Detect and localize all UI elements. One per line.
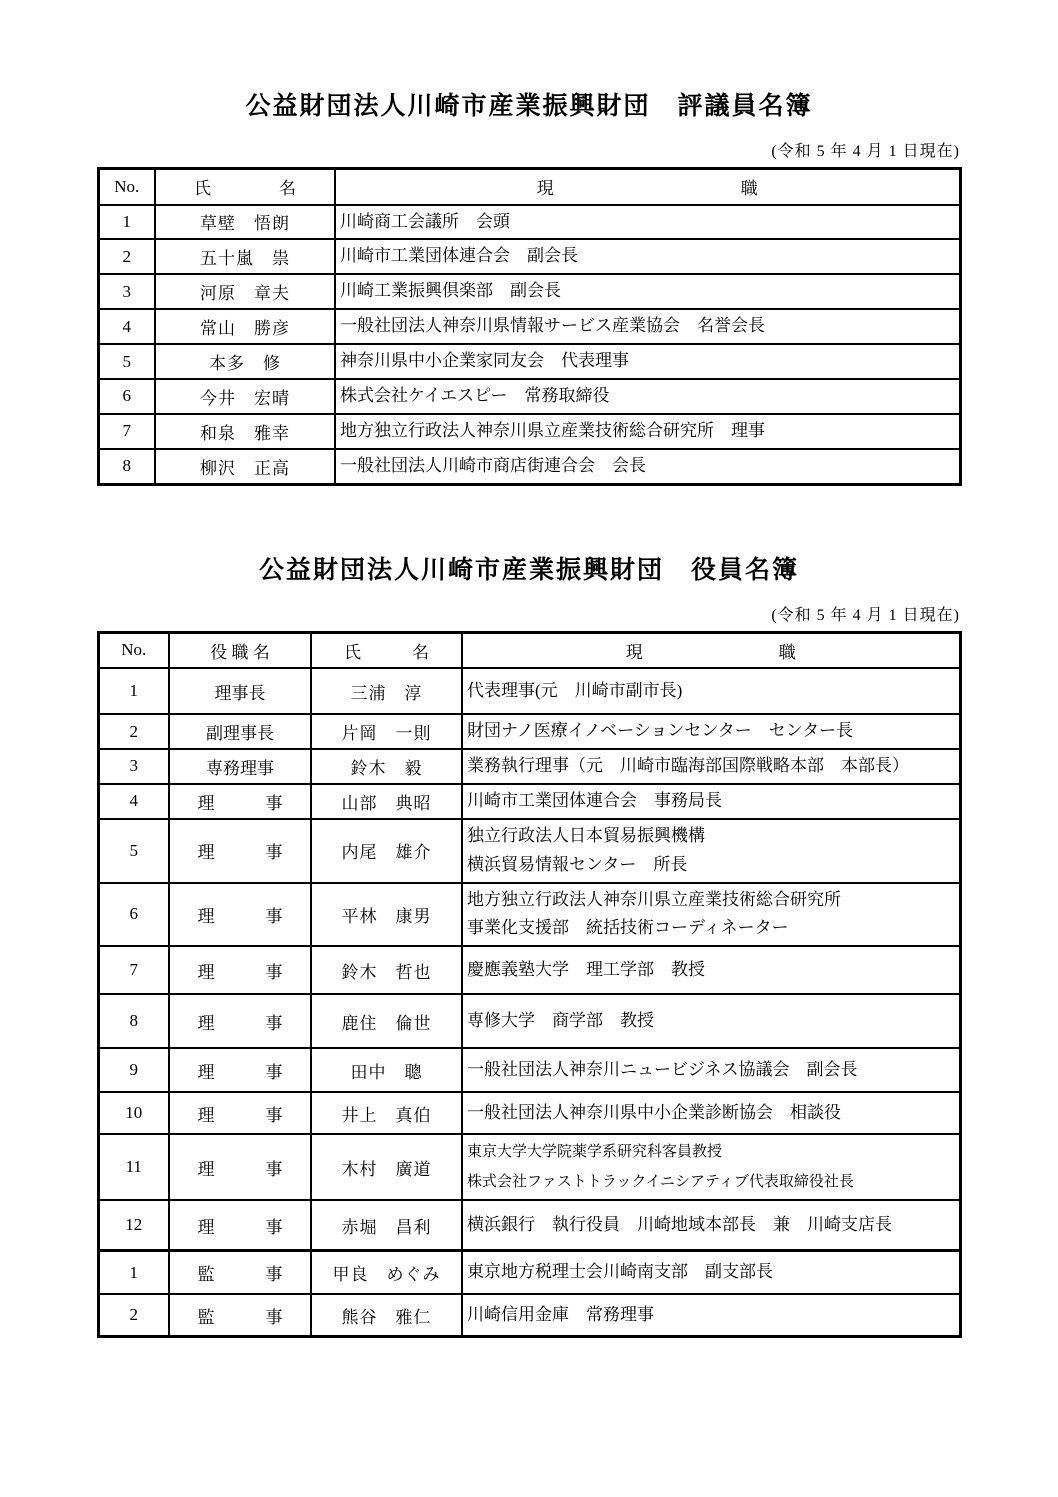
position-cell: 川崎市工業団体連合会 事務局長: [462, 784, 960, 819]
no-cell: 8: [98, 449, 155, 484]
role-cell: 監 事: [169, 1294, 311, 1336]
table-row: 1 理事長 三浦 淳 代表理事(元 川崎市副市長): [98, 668, 960, 714]
officer-roster-date: (令和 5 年 4 月 1 日現在): [98, 602, 960, 625]
role-cell: 副理事長: [169, 714, 311, 749]
no-cell: 12: [98, 1200, 169, 1250]
no-cell: 3: [98, 749, 169, 784]
table-row: 8 理 事 鹿住 倫世 専修大学 商学部 教授: [98, 994, 960, 1048]
position-cell: 専修大学 商学部 教授: [462, 994, 960, 1048]
table-row: 2 監 事 熊谷 雅仁 川崎信用金庫 常務理事: [98, 1294, 960, 1336]
position-cell: 東京地方税理士会川崎南支部 副支部長: [462, 1250, 960, 1294]
table-row: 3 河原 章夫 川崎工業振興倶楽部 副会長: [98, 274, 960, 309]
position-cell: 神奈川県中小企業家同友会 代表理事: [335, 344, 960, 379]
position-cell: 財団ナノ医療イノベーションセンター センター長: [462, 714, 960, 749]
table-header-row: No. 氏 名 現 職: [98, 169, 960, 205]
role-header-cell: 役 職 名: [169, 632, 311, 668]
table-row: 10 理 事 井上 真伯 一般社団法人神奈川県中小企業診断協会 相談役: [98, 1092, 960, 1134]
no-cell: 6: [98, 379, 155, 414]
position-cell: 一般社団法人神奈川県中小企業診断協会 相談役: [462, 1092, 960, 1134]
councilor-roster-table: No. 氏 名 現 職 1 草壁 悟朗 川崎商工会議所 会頭 2 五十嵐 祟 川…: [97, 167, 962, 486]
table-row: 2 副理事長 片岡 一則 財団ナノ医療イノベーションセンター センター長: [98, 714, 960, 749]
name-cell: 草壁 悟朗: [155, 205, 335, 240]
name-cell: 赤堀 昌利: [311, 1200, 462, 1250]
name-cell: 柳沢 正高: [155, 449, 335, 484]
name-cell: 五十嵐 祟: [155, 239, 335, 274]
no-cell: 2: [98, 1294, 169, 1336]
position-cell: 一般社団法人川崎市商店街連合会 会長: [335, 449, 960, 484]
no-cell: 8: [98, 994, 169, 1048]
name-header-cell: 氏 名: [311, 632, 462, 668]
no-cell: 2: [98, 239, 155, 274]
no-cell: 2: [98, 714, 169, 749]
role-cell: 理 事: [169, 883, 311, 947]
table-row: 7 理 事 鈴木 哲也 慶應義塾大学 理工学部 教授: [98, 946, 960, 994]
role-cell: 理 事: [169, 1092, 311, 1134]
document-page: 公益財団法人川崎市産業振興財団 評議員名簿 (令和 5 年 4 月 1 日現在)…: [0, 0, 1058, 1497]
table-row: 6 今井 宏晴 株式会社ケイエスピー 常務取締役: [98, 379, 960, 414]
role-cell: 理 事: [169, 1134, 311, 1200]
officer-roster-table: No. 役 職 名 氏 名 現 職 1 理事長 三浦 淳 代表理事(元 川崎市副…: [97, 631, 962, 1338]
position-cell: 地方独立行政法人神奈川県立産業技術総合研究所 理事: [335, 414, 960, 449]
table-row: 1 監 事 甲良 めぐみ 東京地方税理士会川崎南支部 副支部長: [98, 1250, 960, 1294]
table-row: 2 五十嵐 祟 川崎市工業団体連合会 副会長: [98, 239, 960, 274]
position-cell: 業務執行理事（元 川崎市臨海部国際戦略本部 本部長）: [462, 749, 960, 784]
no-cell: 4: [98, 784, 169, 819]
no-cell: 11: [98, 1134, 169, 1200]
position-cell: 慶應義塾大学 理工学部 教授: [462, 946, 960, 994]
role-cell: 監 事: [169, 1250, 311, 1294]
name-cell: 今井 宏晴: [155, 379, 335, 414]
name-cell: 熊谷 雅仁: [311, 1294, 462, 1336]
no-cell: 3: [98, 274, 155, 309]
name-cell: 甲良 めぐみ: [311, 1250, 462, 1294]
councilor-roster-date: (令和 5 年 4 月 1 日現在): [98, 138, 960, 161]
position-cell: 川崎信用金庫 常務理事: [462, 1294, 960, 1336]
table-row: 1 草壁 悟朗 川崎商工会議所 会頭: [98, 205, 960, 240]
position-cell: 横浜銀行 執行役員 川崎地域本部長 兼 川崎支店長: [462, 1200, 960, 1250]
table-row: 4 常山 勝彦 一般社団法人神奈川県情報サービス産業協会 名誉会長: [98, 309, 960, 344]
table-row: 8 柳沢 正高 一般社団法人川崎市商店街連合会 会長: [98, 449, 960, 484]
table-row: 12 理 事 赤堀 昌利 横浜銀行 執行役員 川崎地域本部長 兼 川崎支店長: [98, 1200, 960, 1250]
no-header-cell: No.: [98, 169, 155, 205]
position-cell: 川崎商工会議所 会頭: [335, 205, 960, 240]
no-cell: 1: [98, 668, 169, 714]
name-cell: 木村 廣道: [311, 1134, 462, 1200]
name-cell: 鹿住 倫世: [311, 994, 462, 1048]
table-row: 7 和泉 雅幸 地方独立行政法人神奈川県立産業技術総合研究所 理事: [98, 414, 960, 449]
role-cell: 理事長: [169, 668, 311, 714]
name-cell: 山部 典昭: [311, 784, 462, 819]
name-cell: 本多 修: [155, 344, 335, 379]
role-cell: 専務理事: [169, 749, 311, 784]
table-row: 6 理 事 平林 康男 地方独立行政法人神奈川県立産業技術総合研究所 事業化支援…: [98, 883, 960, 947]
no-cell: 6: [98, 883, 169, 947]
name-cell: 内尾 雄介: [311, 819, 462, 883]
table-row: 5 理 事 内尾 雄介 独立行政法人日本貿易振興機構 横浜貿易情報センター 所長: [98, 819, 960, 883]
position-cell: 一般社団法人神奈川ニュービジネス協議会 副会長: [462, 1048, 960, 1092]
no-cell: 1: [98, 205, 155, 240]
table-row: 4 理 事 山部 典昭 川崎市工業団体連合会 事務局長: [98, 784, 960, 819]
table-row: 11 理 事 木村 廣道 東京大学大学院薬学系研究科客員教授 株式会社ファストト…: [98, 1134, 960, 1200]
no-cell: 1: [98, 1250, 169, 1294]
position-cell: 独立行政法人日本貿易振興機構 横浜貿易情報センター 所長: [462, 819, 960, 883]
name-cell: 片岡 一則: [311, 714, 462, 749]
officer-roster-title: 公益財団法人川崎市産業振興財団 役員名簿: [0, 550, 1058, 586]
position-header-cell: 現 職: [335, 169, 960, 205]
position-cell: 代表理事(元 川崎市副市長): [462, 668, 960, 714]
no-cell: 7: [98, 414, 155, 449]
table-row: 3 専務理事 鈴木 毅 業務執行理事（元 川崎市臨海部国際戦略本部 本部長）: [98, 749, 960, 784]
no-cell: 5: [98, 819, 169, 883]
role-cell: 理 事: [169, 784, 311, 819]
councilor-roster-title: 公益財団法人川崎市産業振興財団 評議員名簿: [0, 0, 1058, 122]
no-cell: 10: [98, 1092, 169, 1134]
no-cell: 7: [98, 946, 169, 994]
position-cell: 川崎工業振興倶楽部 副会長: [335, 274, 960, 309]
name-cell: 鈴木 哲也: [311, 946, 462, 994]
no-cell: 9: [98, 1048, 169, 1092]
position-header-cell: 現 職: [462, 632, 960, 668]
name-cell: 三浦 淳: [311, 668, 462, 714]
no-cell: 5: [98, 344, 155, 379]
name-cell: 常山 勝彦: [155, 309, 335, 344]
table-row: 5 本多 修 神奈川県中小企業家同友会 代表理事: [98, 344, 960, 379]
name-cell: 平林 康男: [311, 883, 462, 947]
name-cell: 和泉 雅幸: [155, 414, 335, 449]
role-cell: 理 事: [169, 1200, 311, 1250]
no-cell: 4: [98, 309, 155, 344]
name-cell: 鈴木 毅: [311, 749, 462, 784]
role-cell: 理 事: [169, 819, 311, 883]
name-header-cell: 氏 名: [155, 169, 335, 205]
position-cell: 地方独立行政法人神奈川県立産業技術総合研究所 事業化支援部 統括技術コーディネー…: [462, 883, 960, 947]
name-cell: 井上 真伯: [311, 1092, 462, 1134]
position-cell: 一般社団法人神奈川県情報サービス産業協会 名誉会長: [335, 309, 960, 344]
role-cell: 理 事: [169, 994, 311, 1048]
position-cell: 株式会社ケイエスピー 常務取締役: [335, 379, 960, 414]
role-cell: 理 事: [169, 946, 311, 994]
role-cell: 理 事: [169, 1048, 311, 1092]
position-cell: 川崎市工業団体連合会 副会長: [335, 239, 960, 274]
table-header-row: No. 役 職 名 氏 名 現 職: [98, 632, 960, 668]
no-header-cell: No.: [98, 632, 169, 668]
position-cell: 東京大学大学院薬学系研究科客員教授 株式会社ファストトラックイニシアティブ代表取…: [462, 1134, 960, 1200]
name-cell: 田中 聰: [311, 1048, 462, 1092]
name-cell: 河原 章夫: [155, 274, 335, 309]
table-row: 9 理 事 田中 聰 一般社団法人神奈川ニュービジネス協議会 副会長: [98, 1048, 960, 1092]
